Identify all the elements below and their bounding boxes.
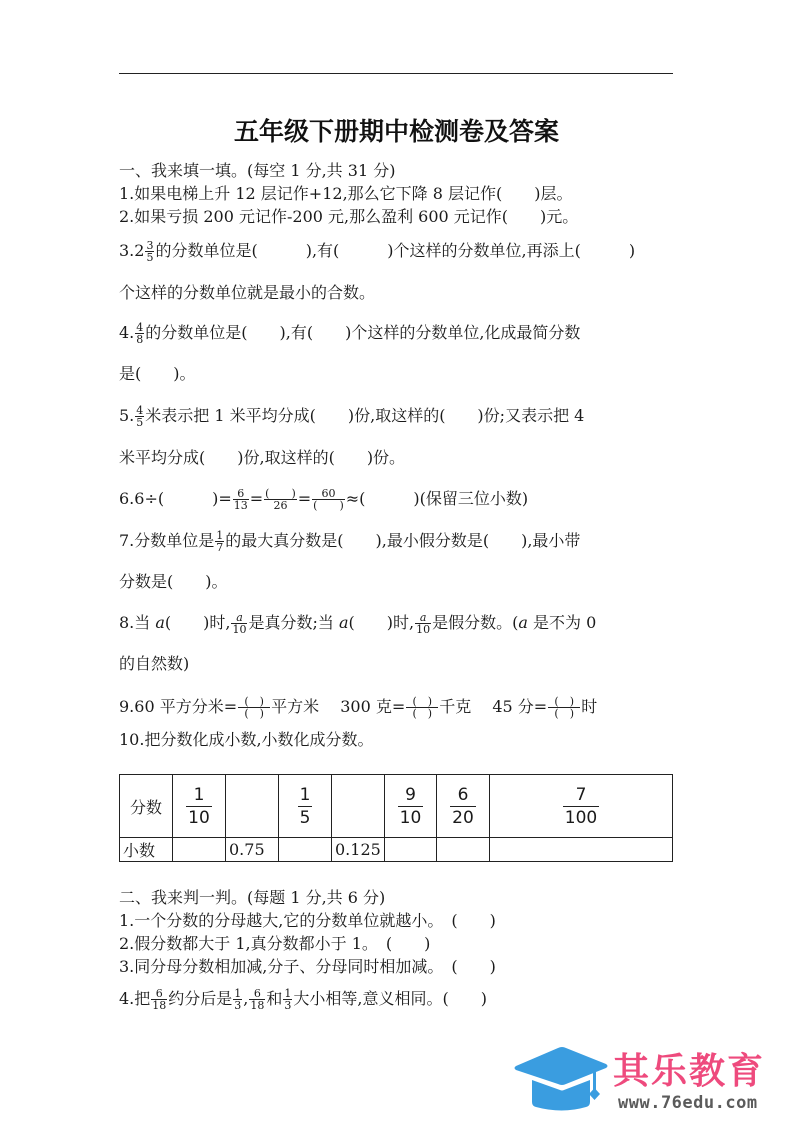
question-2-3: 3.同分母分数相加减,分子、分母同时相加减。 ( )	[119, 957, 496, 977]
section1-heading: 一、我来填一填。(每空 1 分,共 31 分)	[119, 161, 395, 181]
fraction-blank: ( )( )	[548, 696, 580, 719]
question-1-1: 1.如果电梯上升 12 层记作+12,那么它下降 8 层记作( )层。	[119, 184, 573, 204]
graduation-cap-icon	[510, 1040, 610, 1112]
table-cell[interactable]: 7100	[490, 775, 673, 838]
question-1-9: 9.60 平方分米=( )( )平方米 300 克=( )( )千克 45 分=…	[119, 696, 597, 719]
table-cell-blank[interactable]	[226, 775, 279, 838]
fraction-1-3: 13	[233, 988, 242, 1011]
question-1-7-cont: 分数是( )。	[119, 572, 228, 592]
question-1-8-cont: 的自然数)	[119, 654, 189, 674]
row-header-fraction: 分数	[120, 775, 173, 838]
question-1-4-cont: 是( )。	[119, 364, 196, 384]
fraction-blank: ( )( )	[238, 696, 270, 719]
fraction-4-5: 45	[135, 405, 144, 428]
brand-name: 其乐教育	[613, 1043, 765, 1094]
table-cell-blank[interactable]	[490, 838, 673, 862]
question-1-5-cont: 米平均分成( )份,取这样的( )份。	[119, 448, 405, 468]
question-1-6: 6.6÷( )=613=( )26=60( )≈( )(保留三位小数)	[119, 488, 528, 511]
question-1-8: 8.当 a( )时,a10是真分数;当 a( )时,a10是假分数。(a 是不为…	[119, 612, 596, 635]
fraction-60-blank: 60( )	[312, 488, 345, 511]
question-1-10: 10.把分数化成小数,小数化成分数。	[119, 730, 374, 750]
question-1-5: 5.45米表示把 1 米平均分成( )份,取这样的( )份;又表示把 4	[119, 405, 584, 428]
question-2-2: 2.假分数都大于 1,真分数都小于 1。 ( )	[119, 934, 430, 954]
question-1-3: 3.235的分数单位是( ),有( )个这样的分数单位,再添上( )	[119, 240, 635, 263]
fraction-1-3: 13	[283, 988, 292, 1011]
brand-logo: 其乐教育 www.76edu.com	[510, 1040, 790, 1115]
table-cell-blank[interactable]	[173, 838, 226, 862]
question-1-4: 4.48的分数单位是( ),有( )个这样的分数单位,化成最简分数	[119, 322, 580, 345]
question-2-4: 4.把618约分后是13,618和13大小相等,意义相同。( )	[119, 988, 487, 1011]
fraction-blank-26: ( )26	[264, 488, 297, 511]
fraction-4-8: 48	[135, 322, 144, 345]
fraction-a-10: a10	[415, 612, 431, 635]
table-row-decimals: 小数 0.75 0.125	[120, 838, 673, 862]
question-1-3-cont: 个这样的分数单位就是最小的合数。	[119, 283, 375, 303]
page-title: 五年级下册期中检测卷及答案	[0, 112, 793, 148]
fraction-3-5: 35	[145, 240, 154, 263]
brand-url: www.76edu.com	[618, 1093, 758, 1113]
table-cell-blank[interactable]	[332, 775, 385, 838]
conversion-table: 分数 110 15 910 620 7100 小数 0.75 0.125	[119, 774, 673, 862]
header-rule	[119, 73, 673, 74]
fraction-6-18: 618	[151, 988, 167, 1011]
table-cell[interactable]: 0.75	[226, 838, 279, 862]
table-cell[interactable]: 110	[173, 775, 226, 838]
fraction-6-13: 613	[233, 488, 249, 511]
fraction-a-10: a10	[231, 612, 247, 635]
table-cell-blank[interactable]	[437, 838, 490, 862]
question-1-2: 2.如果亏损 200 元记作-200 元,那么盈利 600 元记作( )元。	[119, 207, 578, 227]
table-cell[interactable]: 910	[385, 775, 437, 838]
row-header-decimal: 小数	[120, 838, 173, 862]
fraction-blank: ( )( )	[406, 696, 438, 719]
table-cell-blank[interactable]	[385, 838, 437, 862]
question-2-1: 1.一个分数的分母越大,它的分数单位就越小。 ( )	[119, 911, 496, 931]
fraction-6-18: 618	[249, 988, 265, 1011]
fraction-1-7: 17	[215, 530, 224, 553]
table-cell-blank[interactable]	[279, 838, 332, 862]
question-1-7: 7.分数单位是17的最大真分数是( ),最小假分数是( ),最小带	[119, 530, 580, 553]
table-row-fractions: 分数 110 15 910 620 7100	[120, 775, 673, 838]
section2-heading: 二、我来判一判。(每题 1 分,共 6 分)	[119, 888, 385, 908]
table-cell[interactable]: 0.125	[332, 838, 385, 862]
table-cell[interactable]: 620	[437, 775, 490, 838]
table-cell[interactable]: 15	[279, 775, 332, 838]
